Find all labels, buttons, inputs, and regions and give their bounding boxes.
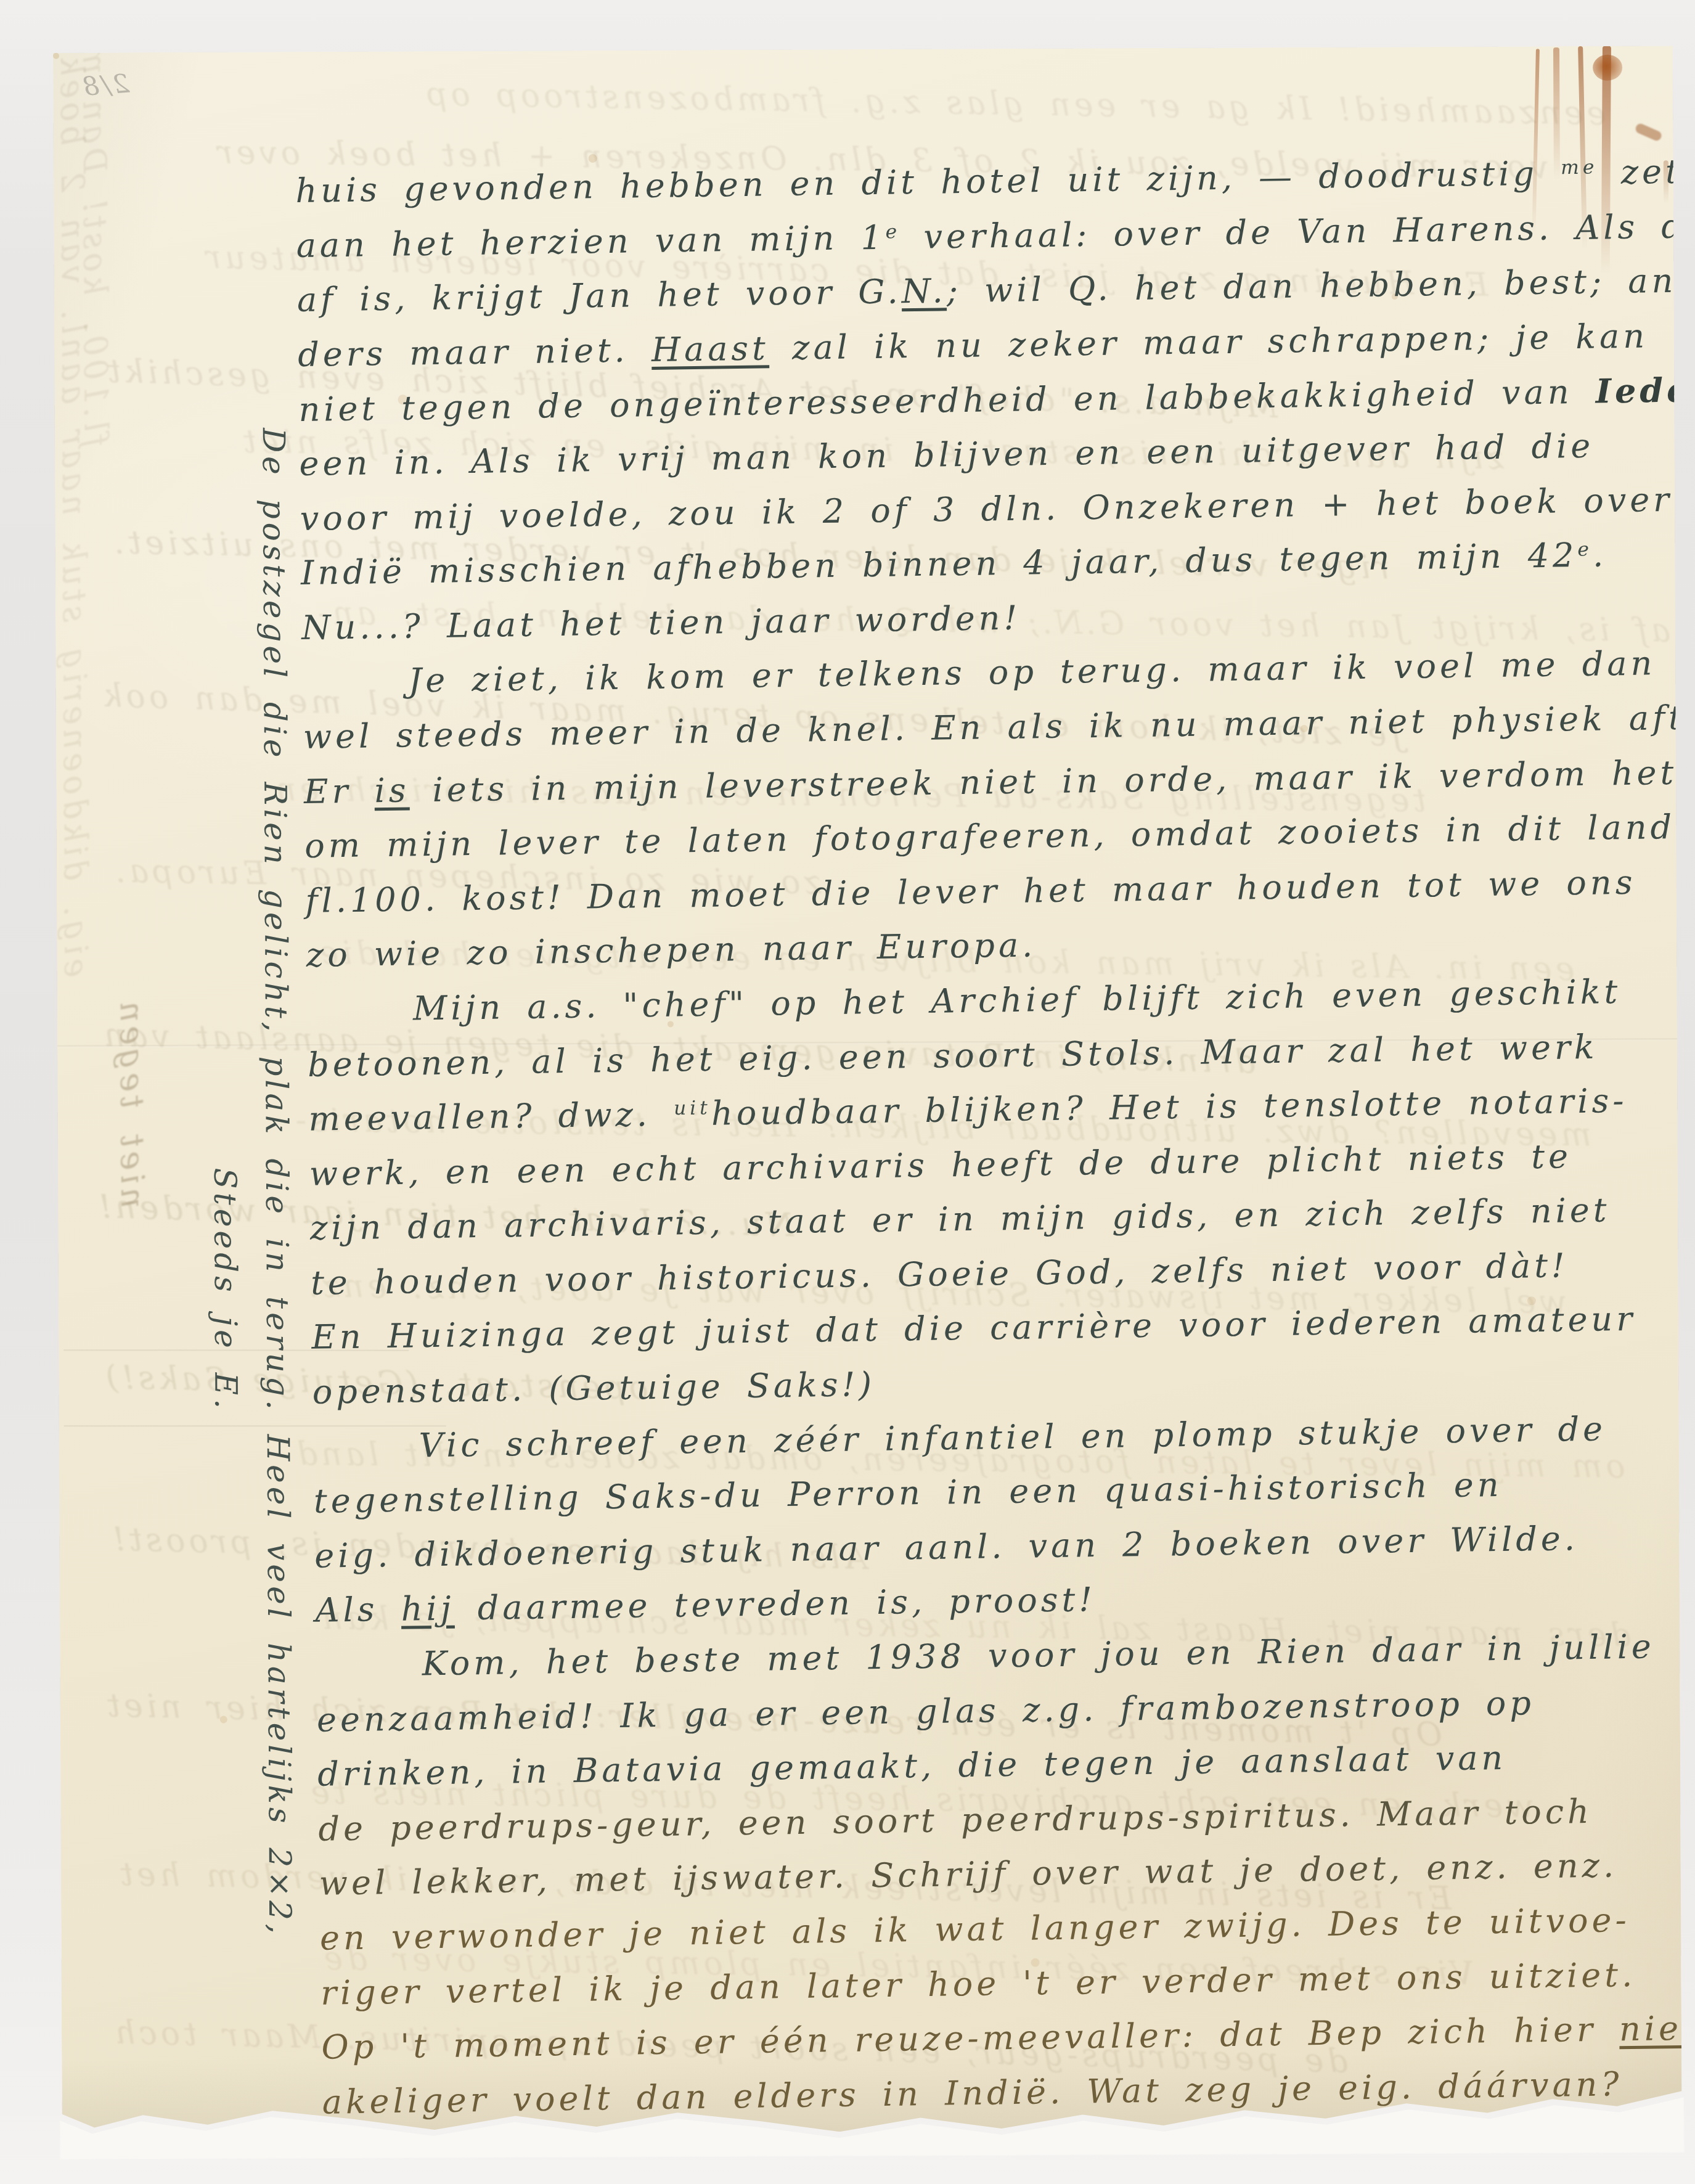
inserted-word: me <box>1561 140 1598 195</box>
underlined-word: N. <box>901 271 947 311</box>
inserted-word: uit <box>673 1081 711 1136</box>
bleedthrough-writing: fl.100. kost! Dan moet die lever het maa… <box>71 0 114 448</box>
bleedthrough-writing: eig. dikdoenerig stuk naar aanl. van 2 b… <box>52 0 94 978</box>
underlined-word: niet <box>1619 2009 1695 2049</box>
underlined-word: hij <box>401 1589 455 1629</box>
underlined-word: is <box>374 771 410 810</box>
inserted-word: e <box>1577 523 1593 578</box>
underlined-word: Haast <box>651 329 769 369</box>
bleedthrough-layer: eenzaamheid! Ik ga er een glas z.g. fram… <box>53 46 1673 52</box>
rust-stain-smudge <box>1634 122 1663 142</box>
emphasized-word: Ieder- <box>1595 370 1695 411</box>
margin-note-postscript: De postzegel die Rien gelicht, plak die … <box>256 428 298 1937</box>
paper-sheet-wrapper: 2/8 eenzaamheid! Ik ga er een glas z.g. … <box>53 46 1682 2161</box>
inserted-word: e <box>885 205 901 260</box>
bleedthrough-writing: niet tegen <box>113 998 150 1209</box>
letter-paper: 2/8 eenzaamheid! Ik ga er een glas z.g. … <box>53 46 1682 2142</box>
letter-photo: 2/8 eenzaamheid! Ik ga er een glas z.g. … <box>0 0 1695 2184</box>
letter-body-text: huis gevonden hebben en dit hotel uit zi… <box>295 144 1695 2130</box>
foxing-spots <box>53 53 59 59</box>
margin-note-signature: Steeds je E. <box>207 1168 244 1412</box>
bleedthrough-writing: eenzaamheid! Ik ga er een glas z.g. fram… <box>423 76 1606 133</box>
pencil-archive-note: 2/8 <box>80 68 131 102</box>
rust-stain-blob <box>1593 55 1622 81</box>
